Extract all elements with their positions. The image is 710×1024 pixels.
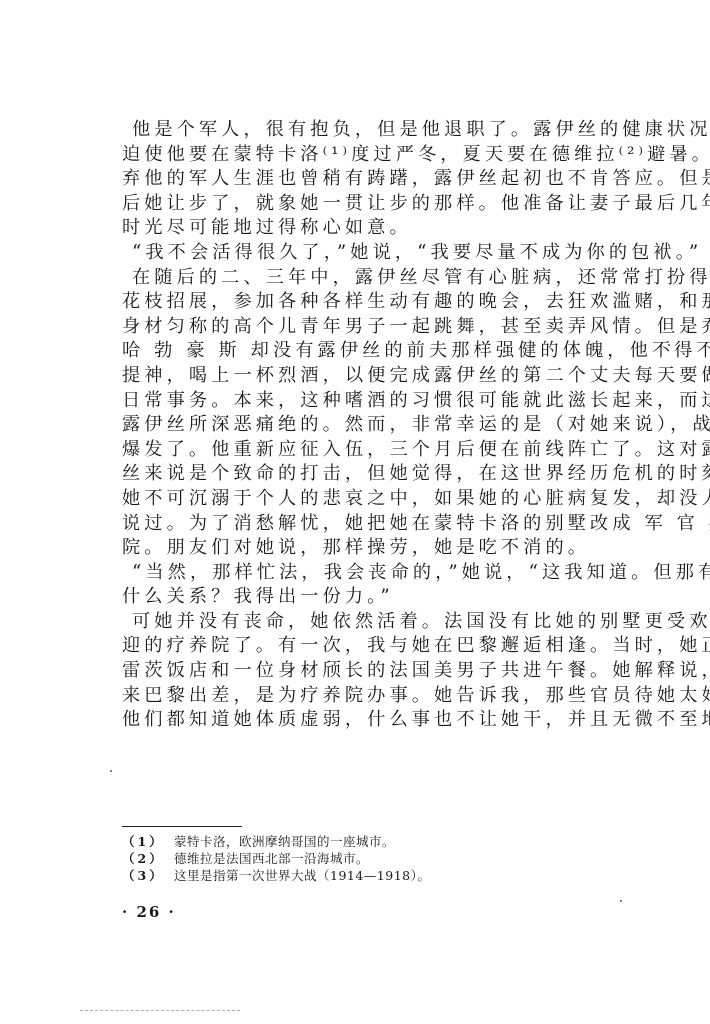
line-text: 弃他的军人生涯也曾稍有踌躇，露伊丝起初也不肯答应。但是最 <box>122 168 710 189</box>
line-text: 迎的疗养院了。有一次，我与她在巴黎邂逅相逢。当时，她正在 <box>122 635 710 656</box>
line-text: 时光尽可能地过得称心如意。 <box>122 217 412 238</box>
line-text: 爆发了。他重新应征入伍，三个月后便在前线阵亡了。这对露伊 <box>122 439 710 460</box>
footnotes: （1）蒙特卡洛，欧洲摩纳哥国的一座城市。 （2）德维拉是法国西北部一沿海城市。 … <box>122 833 582 884</box>
footnote-number: （3） <box>122 867 174 884</box>
line-text: 雷茨饭店和一位身材颀长的法国美男子共进午餐。她解释说，她 <box>122 660 710 681</box>
footnote-text: 德维拉是法国西北部一沿海城市。 <box>174 851 369 866</box>
text-line: 时光尽可能地过得称心如意。 <box>122 216 670 241</box>
body-text: 他是个军人，很有抱负，但是他退职了。露伊丝的健康状况 迫使他要在蒙特卡洛⁽¹⁾度… <box>122 118 670 733</box>
text-line: 院。朋友们对她说，那样操劳，她是吃不消的。 <box>122 536 670 561</box>
line-text: 来巴黎出差，是为疗养院办事。她告诉我，那些官员待她太好了。 <box>122 685 710 706</box>
line-text: 什么关系？我得出一份力。” <box>122 586 394 607</box>
page-number: · 26 · <box>122 903 176 921</box>
text-line: 她不可沉溺于个人的悲哀之中，如果她的心脏病复发，却没人听 <box>122 487 670 512</box>
text-line: 身材匀称的高个儿青年男子一起跳舞，甚至卖弄风情。但是乔治· <box>122 315 670 340</box>
text-line: 雷茨饭店和一位身材颀长的法国美男子共进午餐。她解释说，她 <box>122 659 670 684</box>
line-text: “我不会活得很久了，”她说，“我要尽量不成为你的包袱。” <box>132 242 702 263</box>
text-line: 露伊丝所深恶痛绝的。然而，非常幸运的是（对她来说），战争⁽³⁾ <box>122 413 670 438</box>
line-text: 可她并没有丧命，她依然活着。法国没有比她的别墅更受欢 <box>132 611 710 632</box>
book-page: 他是个军人，很有抱负，但是他退职了。露伊丝的健康状况 迫使他要在蒙特卡洛⁽¹⁾度… <box>0 0 710 1024</box>
text-line: 后她让步了，就象她一贯让步的那样。他准备让妻子最后几年的 <box>122 192 670 217</box>
scan-speck <box>672 662 674 664</box>
text-line: “当然，那样忙法，我会丧命的，”她说，“这我知道。但那有 <box>122 561 670 586</box>
text-line: 丝来说是个致命的打击，但她觉得，在这世界经历危机的时刻， <box>122 462 670 487</box>
line-text: 迫使他要在蒙特卡洛⁽¹⁾度过严冬，夏天要在德维拉⁽²⁾避暑。他放 <box>122 144 710 165</box>
text-line: 来巴黎出差，是为疗养院办事。她告诉我，那些官员待她太好了。 <box>122 684 670 709</box>
text-line: 迎的疗养院了。有一次，我与她在巴黎邂逅相逢。当时，她正在 <box>122 634 670 659</box>
footnote-divider <box>122 826 242 827</box>
line-text: 提神，喝上一杯烈酒，以便完成露伊丝的第二个丈夫每天要做的 <box>122 365 710 386</box>
line-text: 在随后的二、三年中，露伊丝尽管有心脏病，还常常打扮得 <box>132 267 710 288</box>
line-text: 日常事务。本来，这种嗜酒的习惯很可能就此滋长起来，而这是 <box>122 390 710 411</box>
footnote-text: 蒙特卡洛，欧洲摩纳哥国的一座城市。 <box>174 834 395 849</box>
footnote: （3）这里是指第一次世界大战（1914—1918）。 <box>122 867 582 884</box>
scan-speck <box>620 900 622 902</box>
line-text: 身材匀称的高个儿青年男子一起跳舞，甚至卖弄风情。但是乔治· <box>122 316 710 337</box>
footnote-number: （2） <box>122 850 174 867</box>
text-line: 说过。为了消愁解忧，她把她在蒙特卡洛的别墅改成 军 官 疗 养 <box>122 512 670 537</box>
scan-smudge <box>80 1010 240 1011</box>
text-line: “我不会活得很久了，”她说，“我要尽量不成为你的包袱。” <box>122 241 670 266</box>
text-line: 迫使他要在蒙特卡洛⁽¹⁾度过严冬，夏天要在德维拉⁽²⁾避暑。他放 <box>122 143 670 168</box>
text-line: 提神，喝上一杯烈酒，以便完成露伊丝的第二个丈夫每天要做的 <box>122 364 670 389</box>
text-line: 他们都知道她体质虚弱，什么事也不让她干，并且无微不至地关 <box>122 708 670 733</box>
text-line: 哈 勃 豪 斯 却没有露伊丝的前夫那样强健的体魄，他不得不借酒 <box>122 339 670 364</box>
footnote: （2）德维拉是法国西北部一沿海城市。 <box>122 850 582 867</box>
line-text: “当然，那样忙法，我会丧命的，”她说，“这我知道。但那有 <box>132 562 710 583</box>
text-line: 弃他的军人生涯也曾稍有踌躇，露伊丝起初也不肯答应。但是最 <box>122 167 670 192</box>
line-text: 丝来说是个致命的打击，但她觉得，在这世界经历危机的时刻， <box>122 463 710 484</box>
line-text: 说过。为了消愁解忧，她把她在蒙特卡洛的别墅改成 军 官 疗 养 <box>122 513 710 534</box>
scan-speck <box>110 770 112 772</box>
text-line: 可她并没有丧命，她依然活着。法国没有比她的别墅更受欢 <box>122 610 670 635</box>
footnote: （1）蒙特卡洛，欧洲摩纳哥国的一座城市。 <box>122 833 582 850</box>
footnote-number: （1） <box>122 833 174 850</box>
line-text: 花枝招展，参加各种各样生动有趣的晚会，去狂欢滥赌，和那些 <box>122 291 710 312</box>
line-text: 露伊丝所深恶痛绝的。然而，非常幸运的是（对她来说），战争⁽³⁾ <box>122 414 710 435</box>
line-text: 她不可沉溺于个人的悲哀之中，如果她的心脏病复发，却没人听 <box>122 488 710 509</box>
line-text: 他是个军人，很有抱负，但是他退职了。露伊丝的健康状况 <box>132 119 710 140</box>
line-text: 院。朋友们对她说，那样操劳，她是吃不消的。 <box>122 537 590 558</box>
text-line: 爆发了。他重新应征入伍，三个月后便在前线阵亡了。这对露伊 <box>122 438 670 463</box>
line-text: 哈 勃 豪 斯 却没有露伊丝的前夫那样强健的体魄，他不得不借酒 <box>122 340 710 361</box>
footnote-text: 这里是指第一次世界大战（1914—1918）。 <box>174 868 430 883</box>
text-line: 花枝招展，参加各种各样生动有趣的晚会，去狂欢滥赌，和那些 <box>122 290 670 315</box>
text-line: 他是个军人，很有抱负，但是他退职了。露伊丝的健康状况 <box>122 118 670 143</box>
text-line: 什么关系？我得出一份力。” <box>122 585 670 610</box>
line-text: 后她让步了，就象她一贯让步的那样。他准备让妻子最后几年的 <box>122 193 710 214</box>
line-text: 他们都知道她体质虚弱，什么事也不让她干，并且无微不至地关 <box>122 709 710 730</box>
text-line: 日常事务。本来，这种嗜酒的习惯很可能就此滋长起来，而这是 <box>122 389 670 414</box>
scan-speck <box>668 344 670 346</box>
text-line: 在随后的二、三年中，露伊丝尽管有心脏病，还常常打扮得 <box>122 266 670 291</box>
